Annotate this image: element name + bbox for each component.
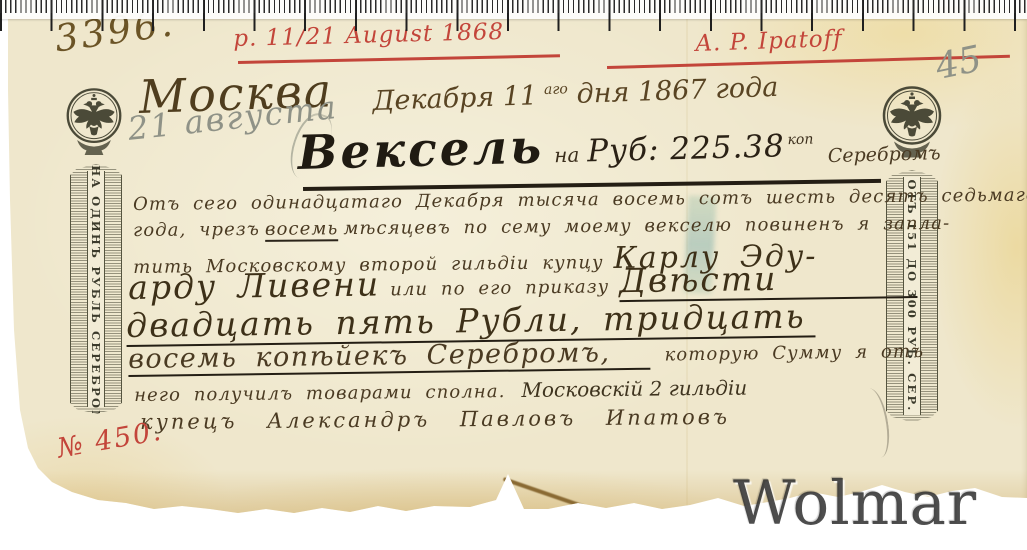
- body-segment: которую Сумму я отъ: [664, 341, 924, 366]
- merchant-guild: Московскій 2 гильдіи: [521, 376, 747, 402]
- bill-title: Вексель: [297, 120, 545, 181]
- pencil-number-note: 45: [932, 38, 985, 88]
- amount-words: восемь копѣйекъ Серебромъ,: [128, 337, 651, 377]
- imperial-eagle-icon: [64, 86, 124, 164]
- signature-line: купецъ Александръ Павловъ Ипатовъ: [140, 405, 730, 434]
- bill-amount: Руб: 225.38: [587, 128, 785, 169]
- body-segment: или по его приказу: [390, 276, 609, 300]
- red-underline: [238, 54, 560, 63]
- date-suffix: аго: [544, 81, 568, 98]
- body-segment: него получилъ товарами сполна.: [134, 381, 506, 406]
- date-year: дня 1867 года: [576, 72, 779, 110]
- bill-kopeks-label: коп: [787, 131, 813, 148]
- wolmar-watermark: Wolmar: [733, 468, 977, 539]
- body-segment-underlined: восемь: [265, 218, 339, 242]
- bill-title-na: на: [554, 143, 580, 168]
- bill-title-line: Вексель на Руб: 225.38 коп Серебромъ: [297, 109, 941, 181]
- payee-name: арду Ливени: [128, 264, 380, 307]
- left-border-ornament: ЦѢНА ОДИНЪ РУБЛЬ СЕРЕБРОМЪ: [70, 164, 122, 414]
- body-segment: мѣсяцевъ по сему моему векселю повиненъ …: [343, 213, 950, 239]
- stamp-duty-label: ЦѢНА ОДИНЪ РУБЛЬ СЕРЕБРОМЪ: [89, 140, 103, 439]
- body-segment: года, чрезъ: [133, 219, 260, 241]
- date-day: Декабря 11: [372, 80, 538, 117]
- bill-currency: Серебромъ: [828, 142, 941, 167]
- body-line: него получилъ товарами сполна. Московскі…: [134, 376, 747, 406]
- scan-background: ЦѢНА ОДИНЪ РУБЛЬ СЕРЕБРОМЪ: [0, 0, 1027, 550]
- date-line: Декабря 11аго дня 1867 года: [372, 72, 779, 117]
- red-number-annotation: № 450.: [55, 416, 165, 465]
- body-line: года, чрезъ восемь мѣсяцевъ по сему моем…: [133, 213, 950, 243]
- ruler: [0, 0, 1027, 34]
- amount-words: Двѣсти: [619, 257, 918, 302]
